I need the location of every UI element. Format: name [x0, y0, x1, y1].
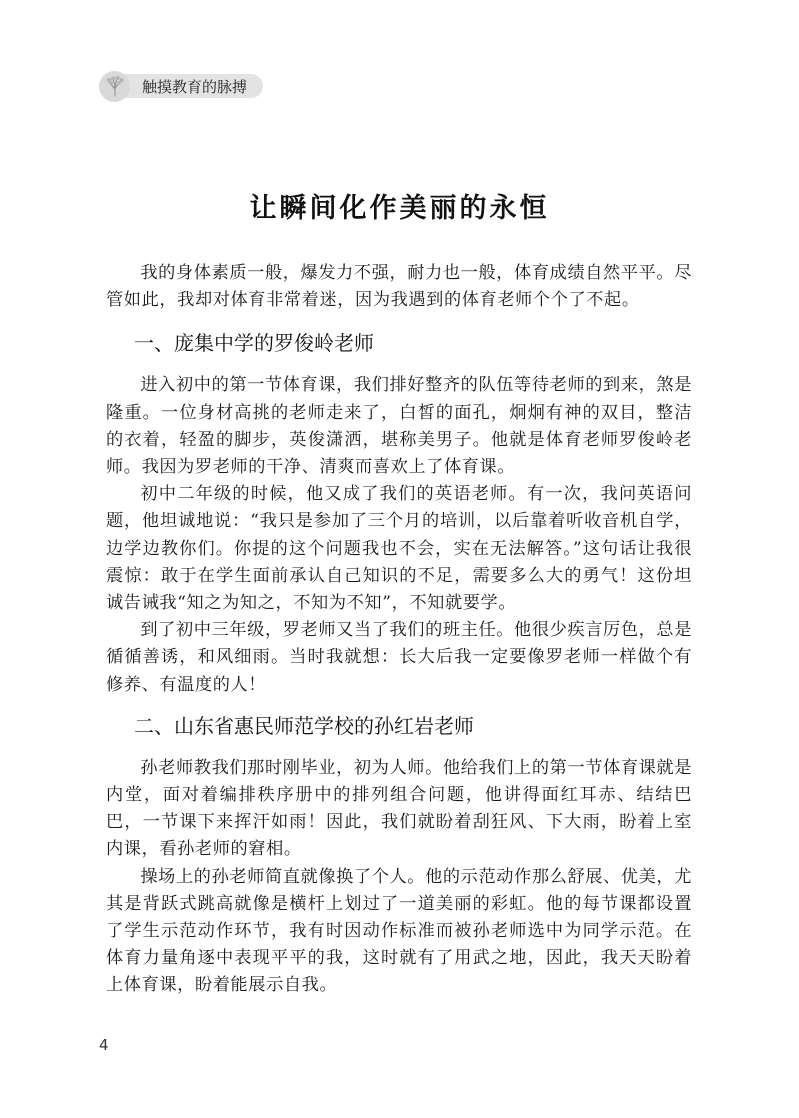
- article-title: 让瞬间化作美丽的永恒: [0, 186, 799, 225]
- section-heading-2: 二、山东省惠民师范学校的孙红岩老师: [106, 711, 692, 741]
- page-number: 4: [99, 1036, 109, 1054]
- running-header: 触摸教育的脉搏: [99, 71, 263, 101]
- section-heading-1: 一、庞集中学的罗俊岭老师: [106, 328, 692, 358]
- tree-icon: [99, 71, 130, 102]
- book-title: 触摸教育的脉搏: [142, 76, 247, 97]
- paragraph: 孙老师教我们那时刚毕业，初为人师。他给我们上的第一节体育课就是内堂，面对着编排秩…: [106, 755, 692, 864]
- article-body: 我的身体素质一般，爆发力不强，耐力也一般，体育成绩自然平平。尽管如此，我却对体育…: [106, 260, 692, 1000]
- paragraph: 操场上的孙老师简直就像换了个人。他的示范动作那么舒展、优美，尤其是背跃式跳高就像…: [106, 864, 692, 1000]
- intro-paragraph: 我的身体素质一般，爆发力不强，耐力也一般，体育成绩自然平平。尽管如此，我却对体育…: [106, 260, 692, 314]
- paragraph: 初中二年级的时候，他又成了我们的英语老师。有一次，我问英语问题，他坦诚地说：“我…: [106, 481, 692, 617]
- paragraph: 进入初中的第一节体育课，我们排好整齐的队伍等待老师的到来，煞是隆重。一位身材高挑…: [106, 372, 692, 481]
- paragraph: 到了初中三年级，罗老师又当了我们的班主任。他很少疾言厉色，总是循循善诱，和风细雨…: [106, 617, 692, 699]
